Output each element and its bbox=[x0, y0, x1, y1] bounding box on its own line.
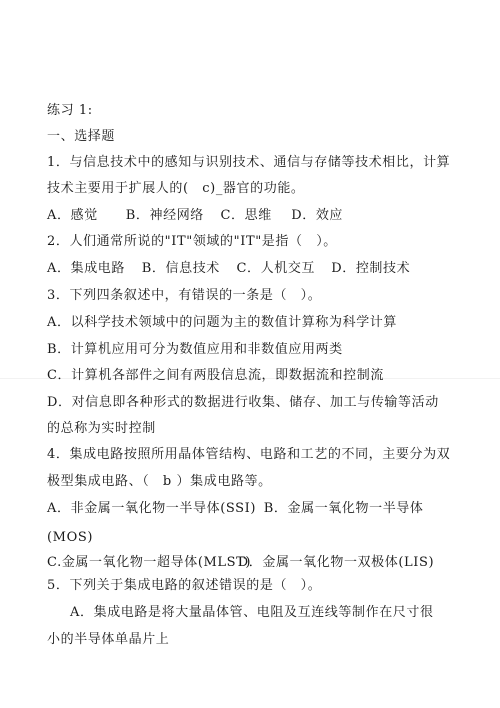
option-b: B．信息技术 bbox=[142, 261, 232, 277]
question-3-option-d-cont: 的总称为实时控制 bbox=[47, 421, 156, 437]
question-2-stem: 2．人们通常所说的"IT"领域的"IT"是指（ ）。 bbox=[47, 234, 337, 250]
question-3-option-a: A．以科学技术领域中的问题为主的数值计算称为科学计算 bbox=[47, 315, 397, 331]
question-5-stem: 5．下列关于集成电路的叙述错误的是（ ）。 bbox=[47, 578, 321, 594]
question-1-stem-line-2: 技术主要用于扩展人的( c)_器官的功能。 bbox=[47, 181, 305, 197]
question-4-stem-line-1: 4．集成电路按照所用晶体管结构、电路和工艺的不同，主要分为双 bbox=[47, 447, 450, 463]
question-5-option-a: A．集成电路是将大量晶体管、电阻及互连线等制作在尺寸很 bbox=[70, 605, 434, 621]
option-d: D．控制技术 bbox=[331, 261, 410, 277]
option-a: A．非金属一氧化物一半导体(SSI) bbox=[47, 501, 259, 517]
option-b: B．金属一氧化物一半导体 bbox=[264, 501, 424, 517]
question-4-stem-line-2: 极型集成电路、（ b ）集成电路等。 bbox=[47, 474, 272, 490]
question-1-stem-line-1: 1．与信息技术中的感知与识别技术、通信与存储等技术相比，计算 bbox=[47, 155, 450, 171]
question-3-option-d: D．对信息即各种形式的数据进行收集、储存、加工与传输等活动 bbox=[47, 395, 439, 411]
section-title: 一、选择题 bbox=[47, 129, 115, 145]
question-4-option-b-cont: (MOS) bbox=[47, 530, 93, 546]
exercise-heading: 练习 1: bbox=[47, 103, 93, 119]
question-3-option-c: C．计算机各部件之间有两股信息流，即数据流和控制流 bbox=[47, 368, 384, 384]
question-3-stem: 3．下列四条叙述中，有错误的一条是（ ）。 bbox=[47, 288, 321, 304]
option-a: A．集成电路 bbox=[47, 261, 137, 277]
option-c: C.金属一氧化物一超导体(MLST) bbox=[47, 555, 233, 571]
option-d: D．金属一氧化物一双极体(LIS) bbox=[238, 555, 434, 571]
question-2-options: A．集成电路 B．信息技术 C．人机交互 D．控制技术 bbox=[47, 261, 410, 277]
option-b: B．神经网络 bbox=[126, 208, 216, 224]
document-page: 练习 1: 一、选择题 1．与信息技术中的感知与识别技术、通信与存储等技术相比，… bbox=[0, 0, 500, 708]
option-c: C．人机交互 bbox=[236, 261, 326, 277]
question-4-options-row-2: C.金属一氧化物一超导体(MLST) D．金属一氧化物一双极体(LIS) bbox=[47, 555, 434, 571]
question-5-option-a-cont: 小的半导体单晶片上 bbox=[47, 632, 169, 648]
question-4-options-row-1: A．非金属一氧化物一半导体(SSI) B．金属一氧化物一半导体 bbox=[47, 501, 424, 517]
question-1-options: A．感觉 B．神经网络 C．思维 D．效应 bbox=[47, 208, 343, 224]
option-a: A．感觉 bbox=[47, 208, 121, 224]
question-3-option-b: B．计算机应用可分为数值应用和非数值应用两类 bbox=[47, 342, 343, 358]
option-c: C．思维 bbox=[220, 208, 286, 224]
option-d: D．效应 bbox=[291, 208, 343, 224]
